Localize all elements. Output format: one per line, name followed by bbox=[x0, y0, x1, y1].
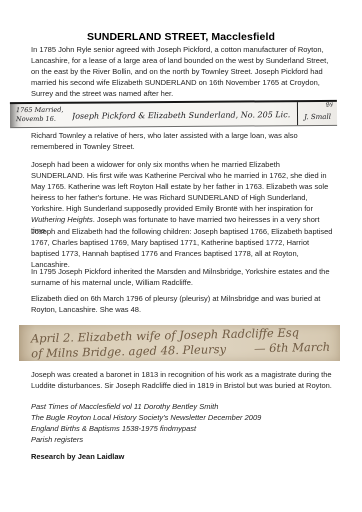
paragraph-widower-text: Joseph had been a widower for only six m… bbox=[31, 160, 328, 213]
page-title: SUNDERLAND STREET, Macclesfield bbox=[0, 31, 362, 43]
source-item: Past Times of Macclesfield vol 11 Doroth… bbox=[31, 401, 333, 412]
book-title-wuthering-heights: Wuthering Heights bbox=[31, 215, 93, 224]
marriage-record-signature: J. Small bbox=[298, 113, 337, 121]
paragraph-children: Joseph and Elizabeth had the following c… bbox=[31, 226, 333, 270]
marriage-record-entry: Joseph Pickford & Elizabeth Sunderland, … bbox=[72, 102, 297, 127]
burial-record-line2-right: — 6th March bbox=[254, 340, 330, 357]
document-page: SUNDERLAND STREET, Macclesfield In 1785 … bbox=[0, 0, 362, 512]
burial-record-line2-left: of Milns Bridge. aged 48. Pleursy bbox=[31, 342, 226, 361]
marriage-register-scan: 1765 Married, Novemb 16. Joseph Pickford… bbox=[10, 100, 337, 128]
marriage-record-signature-column: By J. Small bbox=[297, 102, 337, 125]
source-item: England Births & Baptisms 1538-1975 find… bbox=[31, 423, 333, 434]
paragraph-widower: Joseph had been a widower for only six m… bbox=[31, 159, 333, 236]
paragraph-baronet: Joseph was created a baronet in 1813 in … bbox=[31, 369, 333, 391]
paragraph-inheritance: In 1795 Joseph Pickford inherited the Ma… bbox=[31, 266, 333, 288]
marriage-record-year: 1765 Married, bbox=[16, 106, 72, 115]
research-credit: Research by Jean Laidlaw bbox=[31, 452, 333, 461]
source-item: Parish registers bbox=[31, 434, 333, 445]
marriage-record-date: Novemb 16. bbox=[16, 115, 72, 124]
paragraph-townley: Richard Townley a relative of hers, who … bbox=[31, 130, 333, 152]
burial-record-entry: April 2. Elizabeth wife of Joseph Radcli… bbox=[31, 325, 335, 362]
marriage-record-by: By bbox=[325, 101, 334, 109]
paragraph-lease: In 1785 John Ryle senior agreed with Jos… bbox=[31, 44, 333, 99]
paragraph-elizabeth-death: Elizabeth died on 6th March 1796 of pleu… bbox=[31, 293, 333, 315]
burial-register-scan: April 2. Elizabeth wife of Joseph Radcli… bbox=[19, 325, 340, 361]
source-list: Past Times of Macclesfield vol 11 Doroth… bbox=[31, 401, 333, 445]
source-item: The Bugle Royton Local History Society's… bbox=[31, 412, 333, 423]
marriage-record-date-column: 1765 Married, Novemb 16. bbox=[10, 104, 72, 127]
